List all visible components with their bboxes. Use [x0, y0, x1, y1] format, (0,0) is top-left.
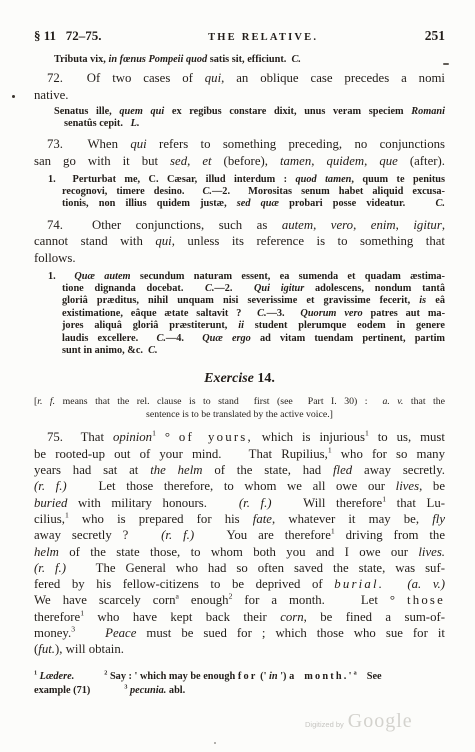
text-run: (r. f.) [239, 496, 272, 510]
text-run: burial. [334, 577, 384, 591]
scanned-book-page: § 11 72–75. THE RELATIVE. 251 Tributa vi… [0, 0, 475, 752]
example-74-line: laudis excellere. C.—4. Quæ ergo ad vita… [34, 333, 445, 345]
text-run: lives [396, 479, 419, 493]
example-senatus-line: Senatus ille, quem qui ex regibus consta… [34, 106, 445, 118]
example-74-line: existimatione, eâque ætate saltavit ? C.… [34, 308, 445, 320]
text-run: quod tamen [295, 174, 351, 185]
text-run: cilius, [34, 512, 65, 526]
text-run: laudis excellere. [62, 333, 156, 344]
text-run: sed [170, 154, 187, 168]
para-74: 74. Other conjunctions, such as autem, v… [34, 217, 445, 267]
scan-speck [214, 742, 216, 744]
text-run: for a month. Let ° [232, 593, 407, 607]
text-run: who for so many [332, 447, 445, 461]
text-run: L. [131, 118, 140, 129]
text-run: (' [258, 671, 269, 682]
text-run: in fœnus Pompeii quod [108, 54, 207, 65]
text-run: ') [278, 671, 289, 682]
para-74-line: follows. [34, 250, 445, 267]
text-run: quem qui [119, 106, 164, 117]
text-run: Peace [105, 626, 136, 640]
para-75-line: (fut.), will obtain. [34, 641, 445, 657]
text-run: (r. f.) [34, 479, 67, 493]
text-run: abl. [166, 685, 185, 696]
text-run: 1. Perturbat me, C. Cæsar, illud interdu… [48, 174, 295, 185]
text-run: The General who had so often saved the s… [66, 561, 445, 575]
text-run: years had sat at [34, 463, 150, 477]
para-73-line: 73. When qui refers to something precedi… [34, 136, 445, 153]
text-run: Let those therefore, to whom we all owe … [67, 479, 396, 493]
para-74-line: cannot stand with qui, unless its refere… [34, 233, 445, 250]
text-run: 75. That [47, 430, 113, 444]
para-73: 73. When qui refers to something precedi… [34, 136, 445, 169]
text-run: Exercise [204, 371, 254, 386]
text-run: the helm [150, 463, 202, 477]
note-line: sentence is to be translated by the acti… [34, 408, 445, 421]
text-run: , [187, 154, 202, 168]
text-run: , [364, 154, 379, 168]
document-body: Tributa vix, in fœnus Pompeii quod satis… [34, 54, 445, 698]
text-run: autem [282, 218, 313, 232]
text-run: of yours, [179, 430, 253, 444]
text-run: que [379, 154, 397, 168]
text-run: jores aliquâ gloriâ præstiterunt, [62, 320, 238, 331]
text-run: fut. [38, 642, 55, 656]
text-run: , unless its reference is to something t… [172, 234, 445, 248]
text-run: who is prepared for his [69, 512, 253, 526]
para-75: 75. That opinion1 ° of yours, which is i… [34, 429, 445, 657]
text-run: Say : ' which may be enough [107, 671, 237, 682]
text-run: fly [432, 512, 445, 526]
note-line: [r. f. means that the rel. clause is to … [34, 395, 445, 408]
text-run [75, 626, 105, 640]
text-run: be rooted-up out of your mind. That Rupi… [34, 447, 328, 461]
text-run: opinion [113, 430, 152, 444]
text-run: must be sued for ; which those who sue f… [136, 626, 445, 640]
text-run: adolescens, nondum tantâ [304, 283, 445, 294]
text-run: C. [292, 54, 301, 65]
para-73-line: san go with it but sed, et (before), tam… [34, 153, 445, 170]
text-run: eâ [426, 295, 445, 306]
text-run: 72. Of two cases of [47, 71, 205, 85]
text-run: Quæ autem [74, 271, 130, 282]
text-run: a [354, 669, 357, 676]
para-75-line: away secretly ? (r. f.) You are therefor… [34, 527, 445, 543]
text-run: fled [333, 463, 352, 477]
text-run: , [313, 218, 331, 232]
example-74-line: 1. Quæ autem secundum naturam essent, ea… [34, 271, 445, 283]
text-run: enough [179, 593, 229, 607]
text-run: those [407, 593, 445, 607]
text-run: qui [155, 234, 171, 248]
text-run: You are therefore [194, 528, 331, 542]
text-run: sunt in animo, &c. [62, 345, 148, 356]
text-run: probari posse videatur. [279, 198, 436, 209]
text-run: secundum naturam essent, ea sumenda et q… [131, 271, 445, 282]
watermark-prefix: Digitized by [305, 720, 344, 729]
text-run: senatûs cepit. [64, 118, 131, 129]
text-run: et [202, 154, 211, 168]
text-run: Will therefore [272, 496, 383, 510]
text-run: buried [34, 496, 67, 510]
text-run: Qui igitur [254, 283, 304, 294]
text-run: , whatever it may be, [272, 512, 432, 526]
text-run: enim [371, 218, 396, 232]
text-run: C. [205, 283, 214, 294]
text-run: (a. v.) [407, 577, 445, 591]
para-75-line: be rooted-up out of your mind. That Rupi… [34, 446, 445, 462]
text-run: 73. When [47, 137, 130, 151]
text-run: Senatus ille, [54, 106, 119, 117]
example-tributa-line: Tributa vix, in fœnus Pompeii quod satis… [34, 54, 445, 66]
running-title: THE RELATIVE. [208, 32, 318, 43]
text-run: , [353, 218, 371, 232]
text-run [384, 577, 407, 591]
example-74: 1. Quæ autem secundum naturam essent, ea… [34, 271, 445, 358]
exercise-heading: Exercise 14. [34, 371, 445, 387]
para-75-line: 75. That opinion1 ° of yours, which is i… [34, 429, 445, 445]
text-run: vero [331, 218, 353, 232]
para-75-line: (r. f.) The General who had so often sav… [34, 560, 445, 576]
text-run: (after). [398, 154, 445, 168]
footnotes-line: example (71)3 pecunia. abl. [34, 684, 445, 698]
text-run: , [442, 218, 445, 232]
text-run: tamen [280, 154, 311, 168]
para-75-line: (r. f.) Let those therefore, to whom we … [34, 478, 445, 494]
text-run: tione dignanda docebat. [62, 283, 205, 294]
text-run: (before), [212, 154, 280, 168]
text-run: helm [34, 545, 59, 559]
para-72-line: native. [34, 87, 445, 104]
text-run: Quæ ergo [202, 333, 251, 344]
text-run: ), will obtain. [55, 642, 124, 656]
text-run: gloriâ præditus, nihil unquam nisi sever… [62, 295, 419, 306]
footnotes-line: 1 Lædere.2 Say : ' which may be enough f… [34, 670, 445, 684]
para-75-line: years had sat at the helm of the state, … [34, 462, 445, 478]
text-run: We have scarcely corn [34, 593, 176, 607]
text-run: , [311, 154, 326, 168]
text-run: which is injurious [253, 430, 365, 444]
text-run: of the state, had [203, 463, 333, 477]
exercise-heading-line: Exercise 14. [34, 371, 445, 387]
text-run: away secretly. [352, 463, 445, 477]
text-run: , be [419, 479, 445, 493]
page-header: § 11 72–75. THE RELATIVE. 251 [34, 28, 445, 44]
text-run: native. [34, 88, 68, 102]
text-run: patres aut ma- [363, 308, 445, 319]
text-run: 14. [254, 371, 275, 386]
text-run: , [396, 218, 414, 232]
text-run: san go with it but [34, 154, 170, 168]
text-run: C. [148, 345, 157, 356]
text-run: away secretly ? [34, 528, 161, 542]
text-run: refers to something preceding, no conjun… [147, 137, 445, 151]
text-run: , quum te penitus [351, 174, 445, 185]
text-run: , an oblique case precedes a nomi [221, 71, 445, 85]
para-75-line: helm of the state those, to whom both yo… [34, 544, 445, 560]
example-74-line: gloriâ præditus, nihil unquam nisi sever… [34, 295, 445, 307]
para-75-line: cilius,1 who is prepared for his fate, w… [34, 511, 445, 527]
text-run: in [269, 671, 278, 682]
para-74-line: 74. Other conjunctions, such as autem, v… [34, 217, 445, 234]
text-run: qui [130, 137, 146, 151]
example-tributa: Tributa vix, in fœnus Pompeii quod satis… [34, 54, 445, 66]
text-run: 74. Other conjunctions, such as [47, 218, 282, 232]
text-run: C. [156, 333, 165, 344]
text-run: , be fined a sum-of- [304, 610, 445, 624]
footnotes: 1 Lædere.2 Say : ' which may be enough f… [34, 670, 445, 698]
text-run: satis sit, efficiunt. [207, 54, 291, 65]
text-run: of the state those, to whom both you and… [59, 545, 418, 559]
text-run: qui [205, 71, 221, 85]
example-senatus: Senatus ille, quem qui ex regibus consta… [34, 106, 445, 131]
scan-speck [12, 95, 15, 98]
example-74-line: sunt in animo, &c. C. [34, 345, 445, 357]
text-run: therefore [34, 610, 80, 624]
text-run: igitur [413, 218, 441, 232]
text-run: —4. [166, 333, 202, 344]
text-run: that the [403, 396, 445, 407]
text-run: cannot stand with [34, 234, 155, 248]
text-run: money. [34, 626, 71, 640]
text-run: See [367, 671, 382, 682]
text-run: quidem [326, 154, 364, 168]
text-run: means that the rel. clause is to stand f… [55, 396, 382, 407]
text-run: C. [436, 198, 445, 209]
para-75-line: buried with military honours. (r. f.) Wi… [34, 495, 445, 511]
para-72: 72. Of two cases of qui, an oblique case… [34, 70, 445, 103]
text-run: —2. Morositas senum habet aliquid excusa… [212, 186, 445, 197]
example-73: 1. Perturbat me, C. Cæsar, illud interdu… [34, 174, 445, 211]
text-run: to us, must [369, 430, 445, 444]
text-run: follows. [34, 251, 76, 265]
para-75-line: fered by his fellow-citizens to be depri… [34, 576, 445, 592]
text-run: 1. [48, 271, 74, 282]
text-run: —3. [267, 308, 301, 319]
example-73-line: tionis, non illius quidem justæ, sed quæ… [34, 198, 445, 210]
section-numbers: § 11 72–75. [34, 28, 102, 44]
text-run: with military honours. [67, 496, 238, 510]
example-senatus-line: senatûs cepit. L. [34, 118, 445, 130]
para-75-line: We have scarcely corna enough2 for a mon… [34, 592, 445, 608]
para-75-line: therefore1 who have kept back their corn… [34, 609, 445, 625]
text-run: Lædere. [40, 671, 75, 682]
note: [r. f. means that the rel. clause is to … [34, 395, 445, 421]
text-run: lives. [418, 545, 445, 559]
text-run: example (71) [34, 685, 90, 696]
text-run: ° [156, 430, 179, 444]
text-run: Tributa vix, [54, 54, 108, 65]
scan-speck [443, 63, 449, 65]
text-run: fate [253, 512, 272, 526]
text-run: (r. f.) [161, 528, 194, 542]
text-run: r. f. [37, 396, 55, 407]
text-run: corn [280, 610, 303, 624]
text-run: who have kept back their [84, 610, 280, 624]
text-run: existimatione, eâque ætate saltavit ? [62, 308, 257, 319]
text-run: ad vitam tuendam pertinent, partim [251, 333, 445, 344]
text-run: sed quæ [237, 198, 279, 209]
text-run: driving from the [335, 528, 445, 542]
text-run: a month.' [289, 671, 354, 682]
google-logo: Google [348, 710, 413, 733]
para-75-line: money.3 Peace must be sued for ; which t… [34, 625, 445, 641]
para-72-line: 72. Of two cases of qui, an oblique case… [34, 70, 445, 87]
example-73-line: recognovi, timere desino. C.—2. Morosita… [34, 186, 445, 198]
text-run: Quorum vero [300, 308, 362, 319]
text-run: for [238, 671, 258, 682]
digitized-watermark: Digitized by Google [305, 710, 413, 733]
text-run: C. [203, 186, 212, 197]
example-73-line: 1. Perturbat me, C. Cæsar, illud interdu… [34, 174, 445, 186]
page-number: 251 [425, 28, 445, 44]
example-74-line: jores aliquâ gloriâ præstiterunt, ii stu… [34, 320, 445, 332]
text-run: C. [257, 308, 266, 319]
text-run: a. v. [382, 396, 403, 407]
text-run: —2. [214, 283, 254, 294]
text-run: ex regibus constare dixit, unus veram sp… [164, 106, 411, 117]
text-run: that Lu- [386, 496, 445, 510]
text-run: Romani [411, 106, 445, 117]
text-run: pecunia. [130, 685, 166, 696]
text-run: tionis, non illius quidem justæ, [62, 198, 237, 209]
text-run: student plerumque eodem in genere [244, 320, 445, 331]
text-run: recognovi, timere desino. [62, 186, 203, 197]
text-run: sentence is to be translated by the acti… [146, 409, 333, 420]
text-run: fered by his fellow-citizens to be depri… [34, 577, 334, 591]
example-74-line: tione dignanda docebat. C.—2. Qui igitur… [34, 283, 445, 295]
text-run: (r. f.) [34, 561, 66, 575]
